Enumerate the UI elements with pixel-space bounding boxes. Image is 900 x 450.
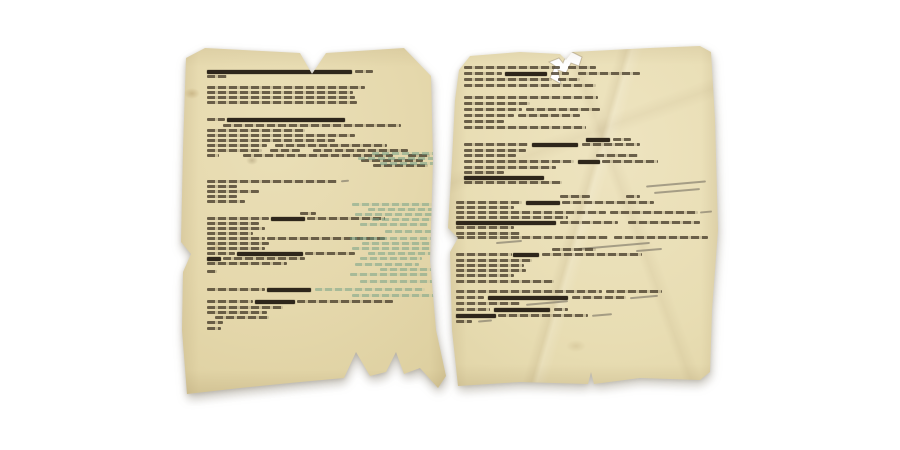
typed-line: [456, 201, 522, 204]
typed-line: [456, 320, 472, 323]
typed-line: [456, 236, 608, 239]
bleedthrough-line: [380, 162, 442, 165]
typed-line: [464, 181, 562, 184]
typed-line: [207, 195, 237, 198]
pencil-mark: [526, 300, 568, 306]
paper-sheet-1: [180, 46, 448, 398]
typed-line: [207, 300, 253, 303]
bleedthrough-line: [380, 268, 438, 271]
pencil-mark: [478, 319, 492, 322]
manuscript-page-2: [448, 44, 720, 392]
typed-line: [518, 114, 580, 117]
typed-line: [456, 296, 484, 299]
typed-line: [498, 314, 588, 317]
typed-line: [207, 237, 265, 240]
typed-line: [207, 101, 357, 104]
overstruck-typed-line: [494, 308, 550, 312]
typed-line: [554, 308, 568, 311]
typed-line: [207, 227, 265, 230]
typed-line: [464, 154, 516, 157]
typed-line: [560, 195, 590, 198]
overstruck-typed-line: [586, 138, 610, 142]
typed-line: [207, 252, 235, 255]
bleedthrough-line: [352, 247, 442, 250]
typed-line: [207, 262, 287, 265]
typed-line: [456, 259, 532, 262]
bleedthrough-line: [315, 288, 425, 291]
typed-line: [626, 195, 640, 198]
typed-line: [223, 124, 401, 127]
typed-line: [207, 288, 265, 291]
typed-line: [207, 185, 237, 188]
overstruck-typed-line: [267, 288, 311, 292]
typed-line: [464, 108, 522, 111]
bleedthrough-line: [360, 223, 428, 226]
typed-line: [207, 306, 283, 309]
overstruck-typed-line: [207, 70, 352, 74]
typed-line: [456, 290, 602, 293]
typed-line: [215, 316, 269, 319]
typed-line: [578, 72, 640, 75]
pencil-mark: [496, 240, 522, 244]
pencil-mark: [654, 188, 700, 194]
bleedthrough-line: [360, 257, 422, 260]
bleedthrough-line: [360, 280, 444, 283]
typed-line: [542, 253, 642, 256]
overstruck-typed-line: [505, 72, 547, 76]
typed-line: [456, 280, 554, 283]
typed-line: [207, 139, 335, 142]
typed-line: [207, 86, 365, 89]
typed-line: [207, 144, 267, 147]
typed-line: [560, 221, 618, 224]
typed-line: [207, 149, 262, 152]
typed-line: [628, 221, 700, 224]
typed-line: [207, 190, 259, 193]
typed-line: [456, 206, 514, 209]
pencil-mark: [700, 210, 712, 213]
bleedthrough-line: [368, 208, 440, 211]
pencil-mark: [341, 180, 349, 183]
typed-line: [207, 270, 217, 273]
typed-line: [456, 253, 512, 256]
typed-line: [613, 138, 631, 141]
bleedthrough-line: [385, 230, 445, 233]
typed-line: [207, 118, 225, 121]
typed-line: [614, 236, 708, 239]
typed-line: [456, 216, 568, 219]
manuscript-page-1: [180, 46, 448, 398]
typed-line: [464, 96, 598, 99]
typed-line: [596, 154, 638, 157]
foxing-stain: [184, 88, 200, 99]
pencil-mark: [630, 295, 658, 299]
overstruck-typed-line: [271, 217, 305, 221]
typed-line: [464, 126, 586, 129]
overstruck-typed-line: [207, 257, 221, 261]
typed-line: [562, 201, 654, 204]
typed-line: [207, 134, 355, 137]
ink-blot-stain: [246, 156, 258, 165]
typed-line: [526, 108, 600, 111]
typed-line: [464, 84, 596, 87]
typed-line: [207, 154, 219, 157]
overstruck-typed-line: [488, 296, 568, 300]
photo-background: [0, 0, 900, 450]
typed-line: [223, 257, 305, 260]
typed-line: [207, 242, 269, 245]
typed-line: [456, 232, 520, 235]
typed-line: [464, 66, 560, 69]
typed-line: [602, 160, 658, 163]
overstruck-typed-line: [526, 201, 560, 205]
typed-line: [207, 96, 355, 99]
overstruck-typed-line: [513, 253, 539, 257]
typed-line: [464, 171, 504, 174]
bleedthrough-line: [355, 213, 443, 216]
typed-line: [355, 70, 373, 73]
typed-line: [207, 217, 269, 220]
bleedthrough-line: [350, 273, 428, 276]
typed-line: [300, 212, 316, 215]
bleedthrough-line: [368, 252, 438, 255]
typed-line: [207, 91, 353, 94]
bleedthrough-line: [352, 203, 438, 206]
typed-line: [456, 264, 524, 267]
typed-line: [456, 211, 606, 214]
typed-line: [551, 72, 569, 75]
typed-line: [207, 200, 245, 203]
bleedthrough-line: [372, 218, 446, 221]
paper-sheet-2: [448, 44, 720, 392]
typed-line: [207, 327, 221, 330]
typed-line: [456, 269, 526, 272]
typed-line: [297, 300, 393, 303]
pencil-mark: [646, 180, 706, 187]
typed-line: [464, 102, 530, 105]
typed-line: [464, 160, 574, 163]
typed-line: [572, 296, 626, 299]
overstruck-typed-line: [237, 252, 303, 256]
typed-line: [207, 75, 227, 78]
overstruck-typed-line: [464, 176, 544, 180]
typed-line: [464, 120, 504, 123]
overstruck-typed-line: [578, 160, 600, 164]
typed-line: [275, 144, 387, 147]
typed-line: [207, 129, 305, 132]
typed-line: [305, 252, 355, 255]
typed-line: [558, 78, 580, 81]
bleedthrough-line: [350, 237, 446, 240]
bleedthrough-line: [355, 263, 419, 266]
typed-line: [207, 311, 267, 314]
overstruck-typed-line: [227, 118, 345, 122]
typed-line: [207, 321, 223, 324]
typed-line: [456, 274, 514, 277]
typed-line: [456, 308, 490, 311]
typed-line: [464, 149, 526, 152]
typed-line: [464, 78, 552, 81]
typed-line: [464, 114, 514, 117]
typed-line: [207, 232, 253, 235]
typed-line: [207, 222, 259, 225]
foxing-stain: [566, 340, 586, 352]
overstruck-typed-line: [532, 143, 578, 147]
bleedthrough-line: [352, 294, 444, 297]
bleedthrough-line: [362, 242, 444, 245]
pencil-mark: [592, 313, 612, 317]
typed-line: [207, 247, 265, 250]
typed-line: [582, 143, 640, 146]
typed-line: [552, 248, 596, 251]
typed-line: [464, 143, 528, 146]
typed-line: [456, 226, 514, 229]
pencil-mark: [636, 248, 662, 252]
overstruck-typed-line: [456, 314, 496, 318]
typed-line: [568, 66, 596, 69]
typed-line: [207, 180, 337, 183]
typed-line: [610, 211, 698, 214]
typed-line: [606, 290, 662, 293]
bleedthrough-line: [372, 152, 444, 155]
overstruck-typed-line: [255, 300, 295, 304]
bleedthrough-line: [358, 157, 442, 160]
typed-line: [456, 302, 520, 305]
overstruck-typed-line: [456, 221, 556, 225]
typed-line: [464, 166, 556, 169]
typed-line: [464, 72, 502, 75]
typed-line: [270, 149, 300, 152]
